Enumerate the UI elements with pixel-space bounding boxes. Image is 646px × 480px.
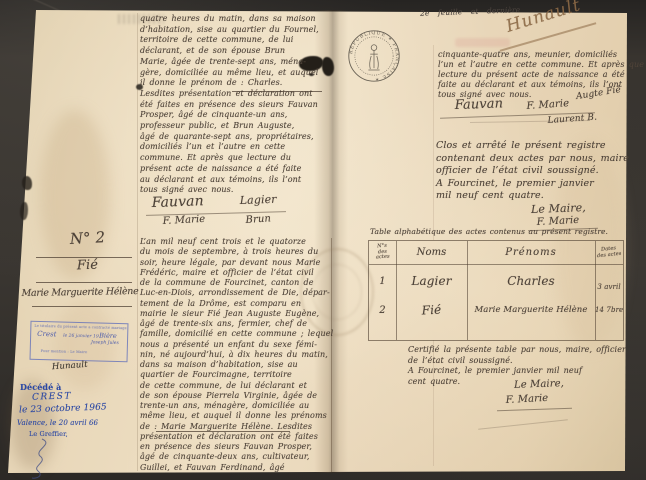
table-row: 1 Lagier Charles 3 avril xyxy=(369,267,623,295)
margin-line-left-page xyxy=(137,13,138,471)
margin-rule xyxy=(32,306,132,307)
margin-surname: Fié xyxy=(45,257,130,275)
stamp-printed-text: Pour mention : Le Maire xyxy=(41,349,88,354)
header-prenoms: Prénoms xyxy=(467,247,595,258)
witness-signature-brun: Brun xyxy=(245,213,271,226)
marriage-mention-stamp: Le titulaire du présent acte a contracté… xyxy=(30,321,129,363)
header-acte-number: N°sdesactes xyxy=(368,243,396,261)
republique-francaise-seal-icon: RÉPUBLIQUE ✶ FRANÇAISE ✶ xyxy=(346,28,402,84)
page-edge-blot xyxy=(22,176,32,190)
cell-date: 14 7bre xyxy=(595,306,623,314)
witness-signature-fauvan-right: Fauvan xyxy=(454,96,503,113)
death-note-clerk-label: Le Greffier, xyxy=(29,430,68,438)
certification-role-label: Le Maire, xyxy=(514,378,564,391)
margin-line-right-page xyxy=(433,45,434,240)
witness-signature-lagier: Lagier xyxy=(240,193,277,207)
cell-nom: Lagier xyxy=(396,274,467,288)
cell-date: 3 avril xyxy=(595,271,623,291)
death-note-label: Décédé à xyxy=(20,382,61,392)
closing-role-label: Le Maire, xyxy=(531,201,586,216)
mayor-signature-fmarie: F. Marie xyxy=(162,214,205,227)
header-dates: Datesdes actes xyxy=(595,246,624,260)
stamp-spouse2-handwritten: Joseph Jules xyxy=(91,340,119,346)
act1-ending-text: quatre heures du matin, dans sa maisond’… xyxy=(140,14,326,196)
register-closing-text: Clos et arrêté le présent registreconten… xyxy=(436,140,628,203)
clerk-signature-flourish xyxy=(28,438,68,480)
table-row: 2 Fié Marie Marguerite Hélène 14 7bre xyxy=(369,296,623,324)
stamp-place-handwritten: Crest xyxy=(37,330,56,339)
cell-acte-number: 1 xyxy=(369,276,396,287)
scanned-register-spread: quatre heures du matin, dans sa maisond’… xyxy=(0,0,646,480)
pink-archive-smudge xyxy=(455,38,510,47)
paper-stain xyxy=(40,110,110,280)
witness-signature-fauvan: Fauvan xyxy=(151,193,204,211)
cell-nom: Fié xyxy=(396,301,468,319)
cell-acte-number: 2 xyxy=(369,305,396,316)
header-noms: Noms xyxy=(396,247,467,258)
stamp-date-handwritten: le 26 janvier 19.. xyxy=(63,334,102,340)
table-header-row: N°sdesactes Noms Prénoms Datesdes actes xyxy=(369,241,623,264)
table-title: Table alphabétique des actes contenus au… xyxy=(370,227,608,236)
certification-mayor-signature: F. Marie xyxy=(505,393,548,406)
table-header-line xyxy=(369,264,623,265)
act2-text: L’an mil neuf cent trois et le quatorzed… xyxy=(140,237,326,473)
cell-prenoms: Charles xyxy=(467,274,595,288)
given-names-underline xyxy=(156,431,290,432)
cell-prenoms: Marie Marguerite Hélène xyxy=(467,305,595,315)
alphabetical-table: N°sdesactes Noms Prénoms Datesdes actes … xyxy=(368,240,624,341)
charles-underline xyxy=(232,91,322,92)
stamp-spouse-handwritten: Bière xyxy=(99,332,117,340)
margin-rule xyxy=(36,282,132,283)
death-note-registry-date: Valence, le 20 avril 66 xyxy=(17,419,98,427)
death-note-place: CREST xyxy=(32,391,72,402)
margin-given-names: Marie Marguerite Hélène xyxy=(16,286,144,299)
